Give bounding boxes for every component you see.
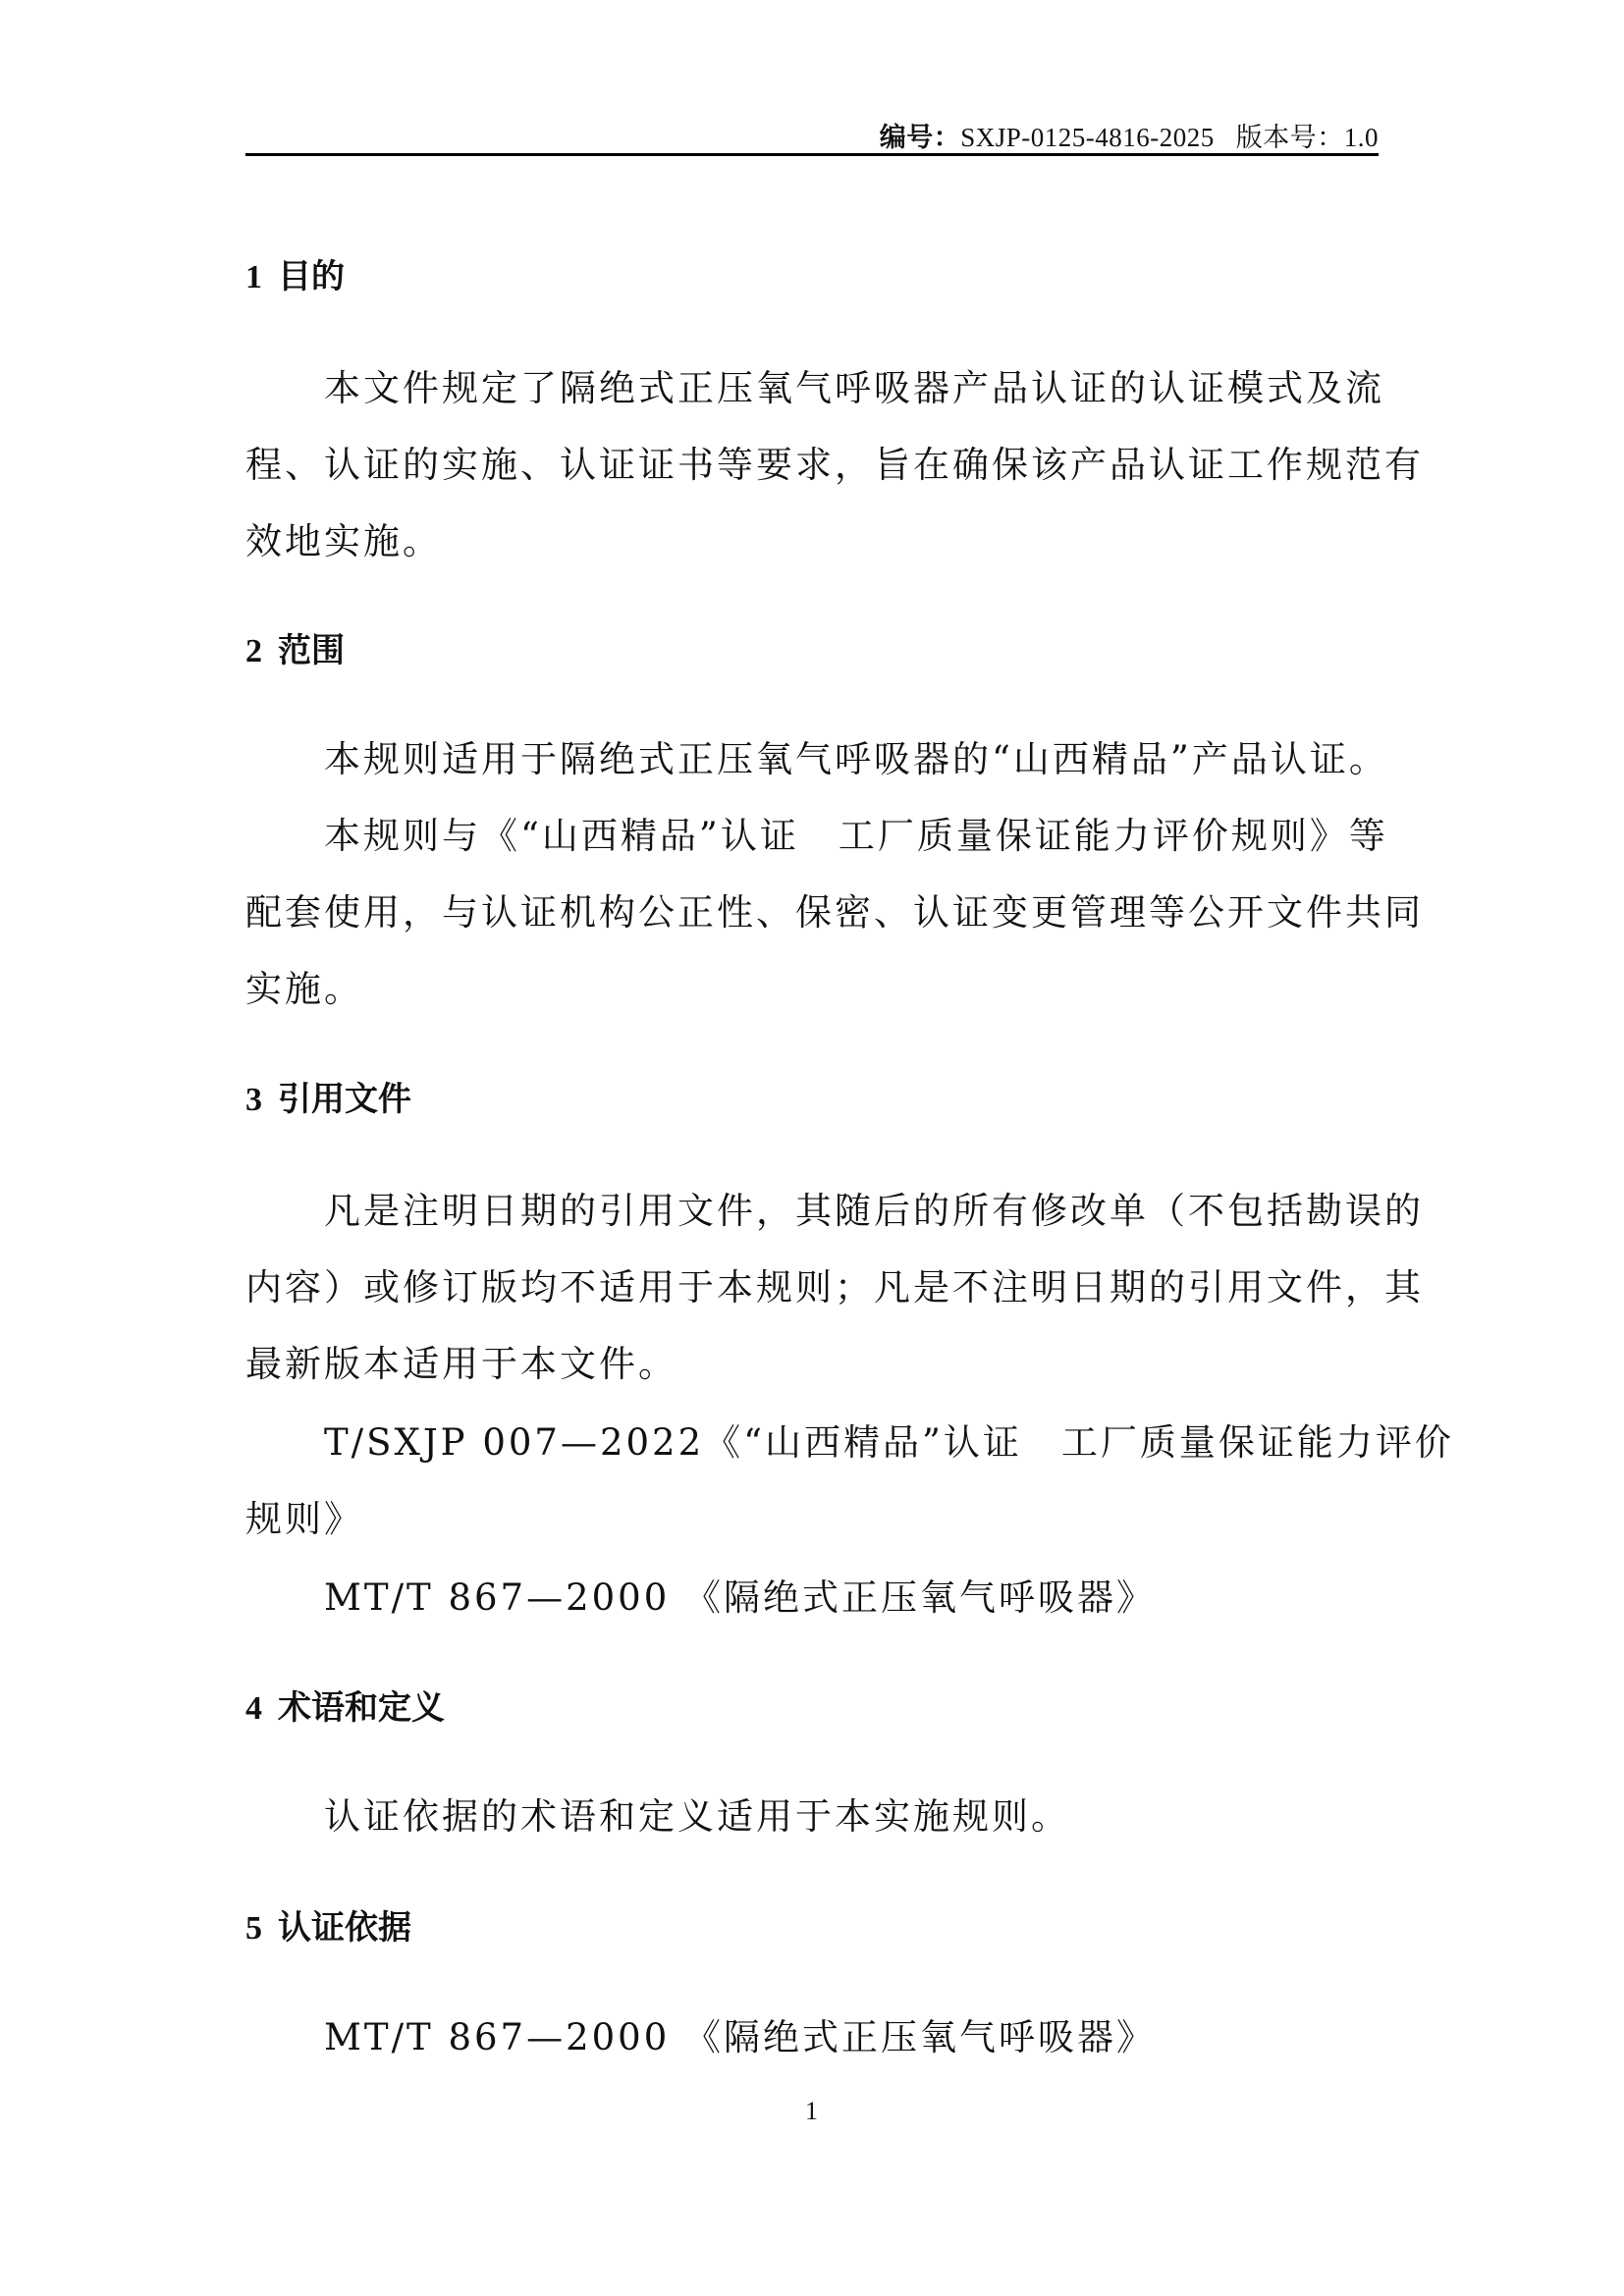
doc-number-label: 编号： bbox=[880, 123, 961, 153]
section-heading-basis: 5认证依据 bbox=[245, 1908, 411, 1949]
version-label: 版本号： bbox=[1236, 123, 1344, 152]
paragraph-line: 本文件规定了隔绝式正压氧气呼吸器产品认证的认证模式及流 bbox=[324, 367, 1384, 410]
section-title: 引用文件 bbox=[278, 1080, 411, 1119]
reference-entry: 规则》 bbox=[245, 1498, 363, 1541]
section-number: 2 bbox=[245, 633, 262, 669]
section-heading-scope: 2范围 bbox=[245, 631, 345, 671]
document-header: 编号：SXJP-0125-4816-2025版本号：1.0 bbox=[880, 116, 1379, 154]
paragraph-line: 实施。 bbox=[245, 968, 363, 1011]
paragraph-line: 本规则与《“山西精品”认证 工厂质量保证能力评价规则》等 bbox=[324, 815, 1388, 858]
reference-entry: MT/T 867—2000 《隔绝式正压氧气呼吸器》 bbox=[324, 1576, 1156, 1620]
reference-entry: MT/T 867—2000 《隔绝式正压氧气呼吸器》 bbox=[324, 2016, 1156, 2059]
section-number: 1 bbox=[245, 259, 262, 295]
paragraph-line: 最新版本适用于本文件。 bbox=[245, 1343, 677, 1386]
section-number: 4 bbox=[245, 1690, 262, 1727]
document-page: 编号：SXJP-0125-4816-2025版本号：1.0 1目的 本文件规定了… bbox=[0, 0, 1624, 2296]
paragraph-line: 配套使用，与认证机构公正性、保密、认证变更管理等公开文件共同 bbox=[245, 891, 1424, 934]
paragraph-line: 本规则适用于隔绝式正压氧气呼吸器的“山西精品”产品认证。 bbox=[324, 738, 1388, 781]
section-heading-terms: 4术语和定义 bbox=[245, 1688, 445, 1729]
paragraph-line: 程、认证的实施、认证证书等要求，旨在确保该产品认证工作规范有 bbox=[245, 444, 1424, 487]
section-title: 范围 bbox=[278, 631, 345, 670]
section-heading-purpose: 1目的 bbox=[245, 257, 345, 297]
section-heading-references: 3引用文件 bbox=[245, 1080, 411, 1120]
paragraph-line: 凡是注明日期的引用文件，其随后的所有修改单（不包括勘误的 bbox=[324, 1190, 1424, 1233]
header-divider bbox=[245, 153, 1379, 156]
paragraph-line: 内容）或修订版均不适用于本规则；凡是不注明日期的引用文件，其 bbox=[245, 1266, 1424, 1309]
reference-entry: T/SXJP 007—2022《“山西精品”认证 工厂质量保证能力评价 bbox=[324, 1421, 1454, 1465]
section-number: 3 bbox=[245, 1082, 262, 1118]
page-number: 1 bbox=[805, 2097, 818, 2126]
version-number: 1.0 bbox=[1344, 123, 1379, 152]
section-number: 5 bbox=[245, 1910, 262, 1947]
paragraph-line: 认证依据的术语和定义适用于本实施规则。 bbox=[324, 1795, 1070, 1839]
paragraph-line: 效地实施。 bbox=[245, 520, 442, 563]
section-title: 目的 bbox=[278, 257, 345, 296]
doc-number: SXJP-0125-4816-2025 bbox=[960, 123, 1215, 152]
section-title: 术语和定义 bbox=[278, 1688, 445, 1728]
section-title: 认证依据 bbox=[278, 1908, 411, 1948]
